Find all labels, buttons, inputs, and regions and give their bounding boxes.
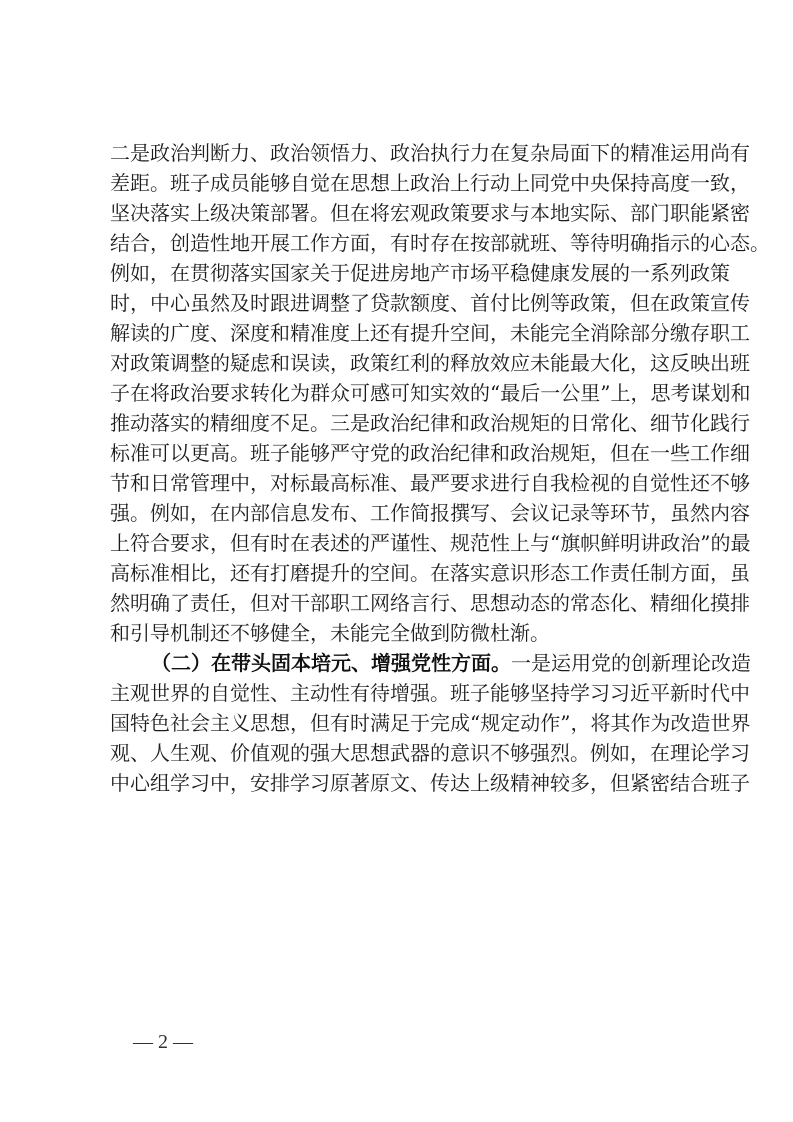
text-line: 标准可以更高。班子能够严守党的政治纪律和政治规矩，但在一些工作细 <box>110 438 692 468</box>
text-line: 主观世界的自觉性、主动性有待增强。班子能够坚持学习习近平新时代中 <box>110 678 692 708</box>
text-line: 观、人生观、价值观的强大思想武器的意识不够强烈。例如，在理论学习 <box>110 738 692 768</box>
document-body: 二是政治判断力、政治领悟力、政治执行力在复杂局面下的精准运用尚有 差距。班子成员… <box>110 138 692 798</box>
text-line: 节和日常管理中，对标最高标准、最严要求进行自我检视的自觉性还不够 <box>110 468 692 498</box>
text-line: 结合，创造性地开展工作方面，有时存在按部就班、等待明确指示的心态。 <box>110 228 692 258</box>
section-heading: （二）在带头固本培元、增强党性方面。 <box>151 651 511 675</box>
text-line: 推动落实的精细度不足。三是政治纪律和政治规矩的日常化、细节化践行 <box>110 408 692 438</box>
section-first-line: （二）在带头固本培元、增强党性方面。一是运用党的创新理论改造 <box>110 648 692 678</box>
text-line: 中心组学习中，安排学习原著原文、传达上级精神较多，但紧密结合班子 <box>110 768 692 798</box>
text-line: 对政策调整的疑虑和误读，政策红利的释放效应未能最大化，这反映出班 <box>110 348 692 378</box>
text-line: 子在将政治要求转化为群众可感可知实效的“最后一公里”上，思考谋划和 <box>110 378 692 408</box>
text-line: 然明确了责任，但对干部职工网络言行、思想动态的常态化、精细化摸排 <box>110 588 692 618</box>
text-line: 二是政治判断力、政治领悟力、政治执行力在复杂局面下的精准运用尚有 <box>110 138 692 168</box>
page-number: — 2 — <box>133 1028 193 1056</box>
text-line: 差距。班子成员能够自觉在思想上政治上行动上同党中央保持高度一致， <box>110 168 692 198</box>
text-line: 国特色社会主义思想，但有时满足于完成“规定动作”，将其作为改造世界 <box>110 708 692 738</box>
text-line: 解读的广度、深度和精准度上还有提升空间，未能完全消除部分缴存职工 <box>110 318 692 348</box>
text-line: 例如，在贯彻落实国家关于促进房地产市场平稳健康发展的一系列政策 <box>110 258 692 288</box>
text-line: 高标准相比，还有打磨提升的空间。在落实意识形态工作责任制方面，虽 <box>110 558 692 588</box>
text-line: 和引导机制还不够健全，未能完全做到防微杜渐。 <box>110 618 692 648</box>
text-line: 强。例如，在内部信息发布、工作简报撰写、会议记录等环节，虽然内容 <box>110 498 692 528</box>
text-line: 坚决落实上级决策部署。但在将宏观政策要求与本地实际、部门职能紧密 <box>110 198 692 228</box>
document-page: 二是政治判断力、政治领悟力、政治执行力在复杂局面下的精准运用尚有 差距。班子成员… <box>0 0 793 1122</box>
text-line: 时，中心虽然及时跟进调整了贷款额度、首付比例等政策，但在政策宣传 <box>110 288 692 318</box>
section-first-line-text: 一是运用党的创新理论改造 <box>511 651 751 675</box>
text-line: 上符合要求，但有时在表述的严谨性、规范性上与“旗帜鲜明讲政治”的最 <box>110 528 692 558</box>
